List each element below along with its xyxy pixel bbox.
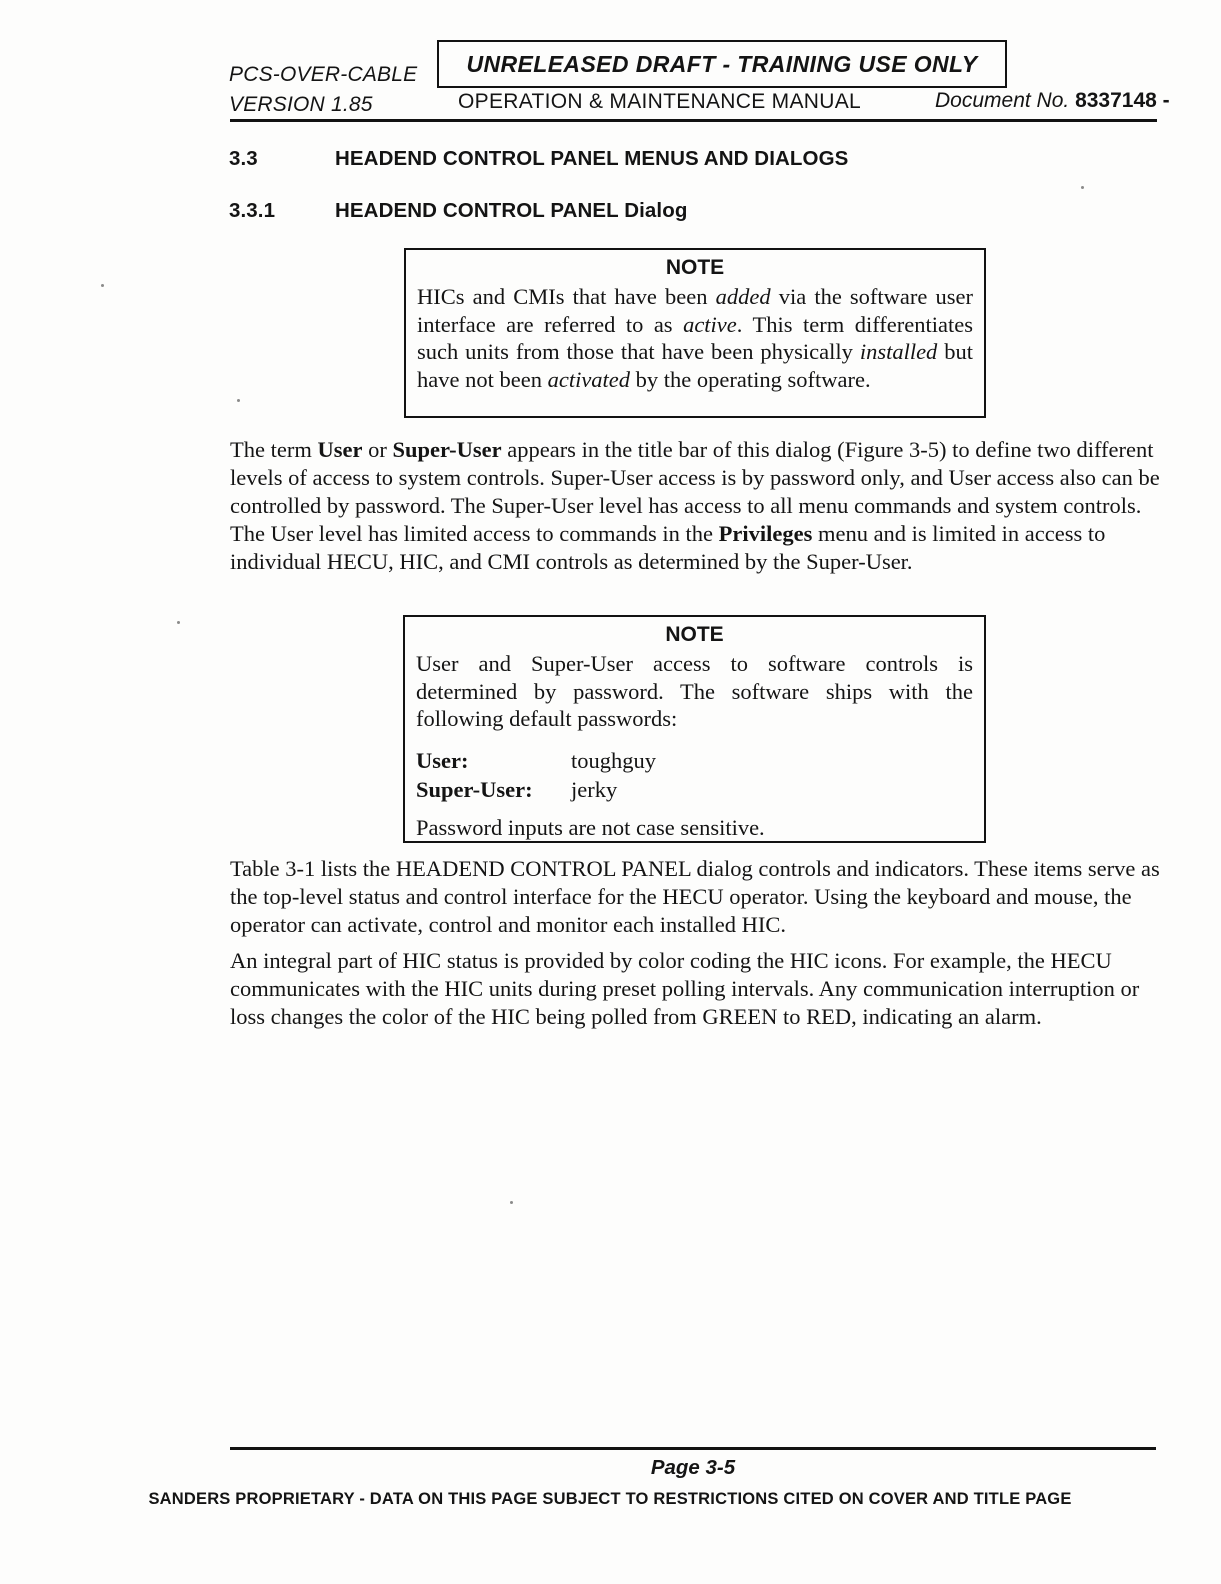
section-title: HEADEND CONTROL PANEL Dialog <box>335 199 687 222</box>
proprietary-notice: SANDERS PROPRIETARY - DATA ON THIS PAGE … <box>45 1490 1175 1509</box>
note-body: User and Super-User access to software c… <box>416 650 973 733</box>
section-number: 3.3 <box>229 147 335 171</box>
manual-page: PCS-OVER-CABLE VERSION 1.85 UNRELEASED D… <box>0 0 1221 1584</box>
draft-banner-text: UNRELEASED DRAFT - TRAINING USE ONLY <box>466 51 977 78</box>
header-rule <box>230 119 1157 122</box>
note-title: NOTE <box>417 256 973 280</box>
paragraph-text-run: The term <box>230 437 317 462</box>
paragraph-color-coding: An integral part of HIC status is provid… <box>230 947 1162 1031</box>
bold-super-user: Super-User <box>392 437 501 462</box>
header-product-name: PCS-OVER-CABLE <box>229 63 417 87</box>
note-box-passwords: NOTE User and Super-User access to softw… <box>403 615 986 843</box>
scan-speck <box>237 399 240 402</box>
note-italic-added: added <box>716 284 771 309</box>
section-heading-3-3: 3.3HEADEND CONTROL PANEL MENUS AND DIALO… <box>229 147 1159 171</box>
bold-user: User <box>317 437 362 462</box>
password-value: toughguy <box>571 748 656 773</box>
password-row-super-user: Super-User:jerky <box>416 775 973 804</box>
note-italic-active: active <box>683 312 737 337</box>
note-box-active-units: NOTE HICs and CMIs that have been added … <box>404 248 986 418</box>
scan-speck <box>101 284 104 287</box>
bold-privileges: Privileges <box>719 521 813 546</box>
note-footnote: Password inputs are not case sensitive. <box>416 815 973 841</box>
page-number: Page 3-5 <box>230 1456 1156 1480</box>
note-text-run: by the operating software. <box>630 367 871 392</box>
paragraph-user-levels: The term User or Super-User appears in t… <box>230 436 1162 576</box>
password-row-user: User:toughguy <box>416 746 973 775</box>
note-italic-activated: activated <box>548 367 630 392</box>
footer-rule <box>230 1447 1156 1450</box>
password-label: User: <box>416 746 571 775</box>
section-title: HEADEND CONTROL PANEL MENUS AND DIALOGS <box>335 147 848 170</box>
note-text-run: HICs and CMIs that have been <box>417 284 716 309</box>
header-manual-title: OPERATION & MAINTENANCE MANUAL <box>458 90 861 114</box>
document-number-label: Document No. <box>935 89 1069 112</box>
password-value: jerky <box>571 777 617 802</box>
password-label: Super-User: <box>416 775 571 804</box>
draft-banner: UNRELEASED DRAFT - TRAINING USE ONLY <box>437 40 1007 88</box>
section-heading-3-3-1: 3.3.1HEADEND CONTROL PANEL Dialog <box>229 199 1159 223</box>
section-number: 3.3.1 <box>229 199 335 223</box>
paragraph-text-run: or <box>362 437 392 462</box>
paragraph-table-3-1: Table 3-1 lists the HEADEND CONTROL PANE… <box>230 855 1162 939</box>
scan-speck <box>177 621 180 624</box>
header-document-number: Document No. 8337148 - <box>935 89 1170 113</box>
document-number-value: 8337148 - <box>1075 89 1170 112</box>
note-title: NOTE <box>416 623 973 647</box>
note-italic-installed: installed <box>860 339 938 364</box>
default-passwords-list: User:toughguy Super-User:jerky <box>416 746 973 804</box>
note-body: HICs and CMIs that have been added via t… <box>417 283 973 393</box>
header-version: VERSION 1.85 <box>229 93 373 117</box>
scan-speck <box>510 1201 513 1204</box>
scan-speck <box>1081 186 1084 189</box>
